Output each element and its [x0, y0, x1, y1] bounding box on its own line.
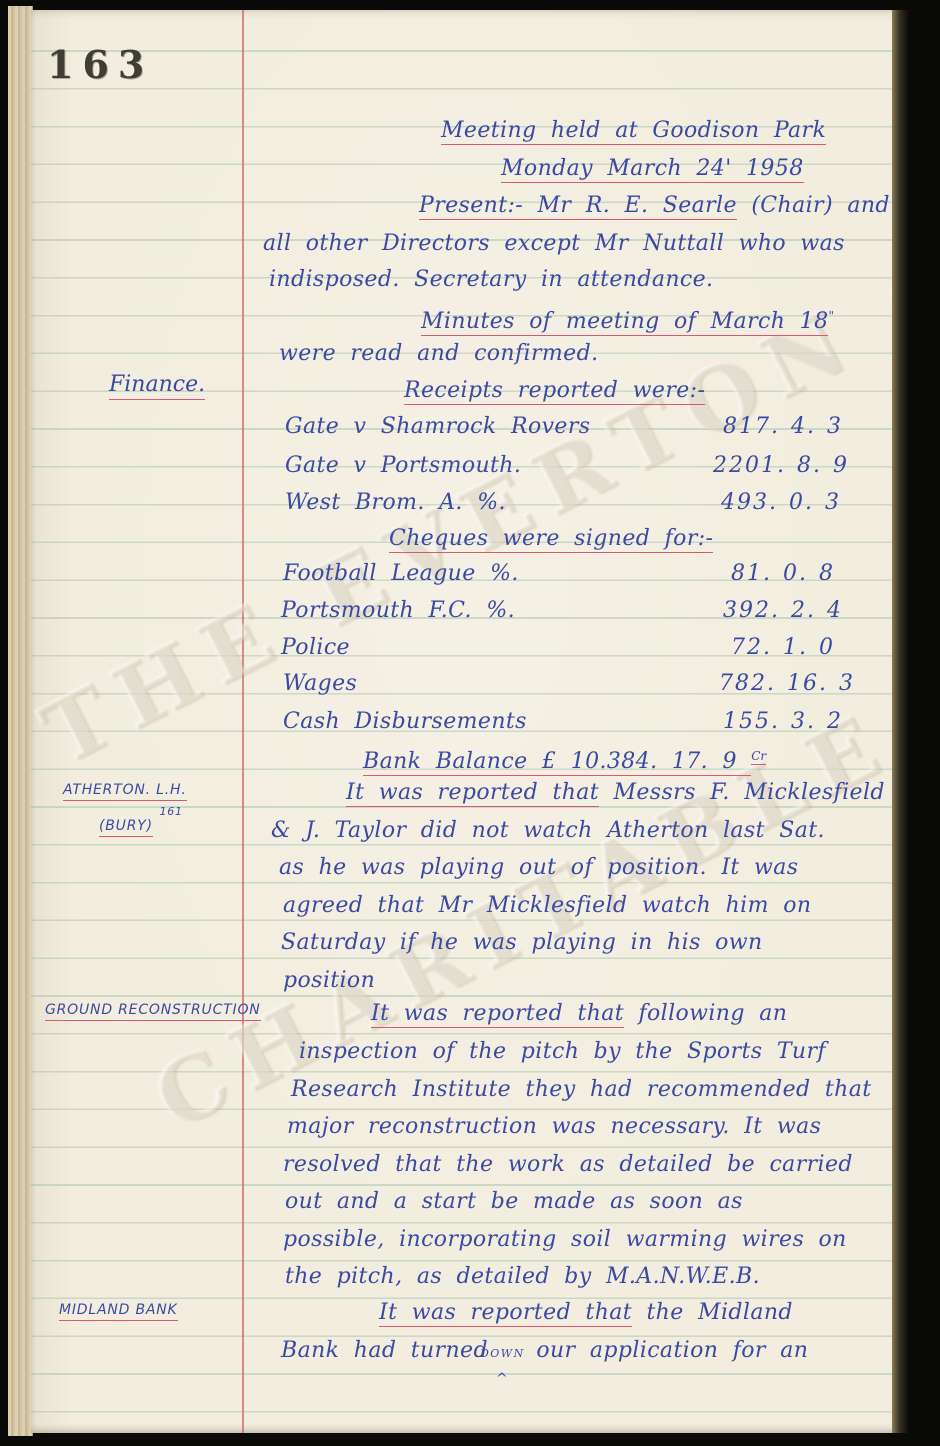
manuscript-line: Gate v Portsmouth.2201. 8. 9 [285, 451, 521, 481]
margin-note-text: GROUND RECONSTRUCTION [45, 1002, 261, 1021]
manuscript-line: Cash Disbursements155. 3. 2 [283, 707, 527, 737]
handwriting-text: Bank had turned [281, 1338, 488, 1363]
handwriting-text: Police [281, 635, 350, 660]
handwriting-text: Bank Balance £ 10.384. 17. 9 [363, 749, 751, 776]
amount-value: 155. 3. 2 [723, 707, 843, 737]
manuscript-line: Police72. 1. 0 [281, 633, 350, 663]
manuscript-line: Receipts reported were:- [404, 376, 705, 406]
margin-note-superscript: 161 [159, 805, 182, 818]
handwriting-text: the pitch, as detailed by M.A.N.W.E.B. [285, 1264, 760, 1289]
handwriting-text: Messrs F. Micklesfield [599, 780, 885, 805]
manuscript-line: It was reported that Messrs F. Micklesfi… [346, 778, 885, 808]
handwriting-text: major reconstruction was necessary. It w… [287, 1114, 821, 1139]
amount-value: 817. 4. 3 [723, 412, 843, 442]
ledger-page: THE EVERTON COLLECTION CHARITABLE TRUST … [31, 10, 908, 1433]
manuscript-line: It was reported that following an [371, 999, 787, 1029]
handwriting-text: & J. Taylor did not watch Atherton last … [271, 818, 825, 843]
handwriting-text: (Chair) and [737, 193, 890, 218]
handwriting-text: out and a start be made as soon as [285, 1189, 743, 1214]
caret-mark: ^ [496, 1364, 508, 1394]
margin-note: GROUND RECONSTRUCTION [45, 1002, 261, 1018]
inserted-word-above-caret: DOWN^ [488, 1355, 522, 1357]
manuscript-line: major reconstruction was necessary. It w… [287, 1112, 821, 1142]
manuscript-line: as he was playing out of position. It wa… [279, 853, 798, 883]
handwriting-text: position [283, 968, 375, 993]
handwriting-text: Research Institute they had recommended … [291, 1077, 871, 1102]
handwriting-text: possible, incorporating soil warming wir… [283, 1227, 847, 1252]
book-page-edges [8, 6, 33, 1436]
manuscript-line: resolved that the work as detailed be ca… [283, 1150, 853, 1180]
manuscript-line: Portsmouth F.C. %.392. 2. 4 [281, 596, 515, 626]
scan-background: { "page": { "number": "163" }, "watermar… [0, 0, 940, 1446]
handwriting-text: agreed that Mr Micklesfield watch him on [283, 893, 811, 918]
manuscript-line: Research Institute they had recommended … [291, 1075, 871, 1105]
manuscript-line: It was reported that the Midland [379, 1298, 793, 1328]
handwriting-text: Cr [751, 749, 766, 765]
margin-note: Finance. [109, 372, 205, 397]
handwriting-text: following an [624, 1001, 787, 1026]
margin-note: MIDLAND BANK [59, 1302, 178, 1318]
handwriting-text: were read and confirmed. [279, 341, 598, 366]
manuscript-line: Saturday if he was playing in his own [281, 928, 763, 958]
margin-rule-line [242, 10, 244, 1433]
handwriting-text: indisposed. Secretary in attendance. [269, 267, 713, 292]
amount-value: 392. 2. 4 [723, 596, 843, 626]
manuscript-line: Cheques were signed for:- [389, 524, 713, 554]
handwriting-text: all other Directors except Mr Nuttall wh… [263, 231, 845, 256]
manuscript-line: indisposed. Secretary in attendance. [269, 265, 713, 295]
handwriting-text: West Brom. A. %. [285, 490, 506, 515]
manuscript-line: out and a start be made as soon as [285, 1187, 743, 1217]
manuscript-line: possible, incorporating soil warming wir… [283, 1225, 847, 1255]
page-crease [892, 10, 909, 1433]
manuscript-line: agreed that Mr Micklesfield watch him on [283, 891, 811, 921]
amount-value: 782. 16. 3 [719, 669, 855, 699]
manuscript-line: Gate v Shamrock Rovers817. 4. 3 [285, 412, 590, 442]
manuscript-line: were read and confirmed. [279, 339, 598, 369]
handwriting-text: the Midland [632, 1300, 793, 1325]
margin-note-text: MIDLAND BANK [59, 1302, 178, 1321]
amount-value: 81. 0. 8 [731, 559, 835, 589]
manuscript-line: position [283, 966, 375, 996]
handwriting-text: Monday March 24' 1958 [501, 156, 804, 183]
handwriting-text: Cheques were signed for:- [389, 526, 713, 553]
handwriting-text: Gate v Portsmouth. [285, 453, 521, 478]
handwriting-text: Saturday if he was playing in his own [281, 930, 763, 955]
manuscript-line: Monday March 24' 1958 [501, 154, 804, 184]
handwriting-text: It was reported that [379, 1300, 632, 1327]
manuscript-line: Present:- Mr R. E. Searle (Chair) and [419, 191, 890, 221]
handwriting-text: as he was playing out of position. It wa… [279, 855, 798, 880]
margin-note: ATHERTON. L.H. [63, 782, 187, 798]
handwriting-text: Cash Disbursements [283, 709, 527, 734]
page-number: 163 [47, 42, 153, 87]
handwriting-text: Wages [283, 671, 357, 696]
handwriting-text: Meeting held at Goodison Park [441, 118, 826, 145]
handwriting-text: It was reported that [371, 1001, 624, 1028]
margin-note-text: (BURY) [99, 818, 153, 837]
handwriting-text: Present:- Mr R. E. Searle [419, 193, 737, 220]
handwriting-text: Football League %. [283, 561, 519, 586]
handwriting-text: our application for an [522, 1338, 808, 1363]
handwriting-text: It was reported that [346, 780, 599, 807]
manuscript-line: all other Directors except Mr Nuttall wh… [263, 229, 845, 259]
manuscript-line: Meeting held at Goodison Park [441, 116, 826, 146]
handwriting-text: Portsmouth F.C. %. [281, 598, 515, 623]
manuscript-line: Bank Balance £ 10.384. 17. 9 Cr [363, 741, 766, 777]
amount-value: 2201. 8. 9 [713, 451, 849, 481]
handwriting-text: " [828, 309, 834, 323]
manuscript-line: West Brom. A. %.493. 0. 3 [285, 488, 506, 518]
manuscript-line: & J. Taylor did not watch Atherton last … [271, 816, 825, 846]
margin-note-text: ATHERTON. L.H. [63, 782, 187, 801]
handwriting-text: inspection of the pitch by the Sports Tu… [299, 1039, 826, 1064]
amount-value: 72. 1. 0 [731, 633, 835, 663]
amount-value: 493. 0. 3 [721, 488, 841, 518]
handwriting-text: Gate v Shamrock Rovers [285, 414, 590, 439]
manuscript-line: Wages782. 16. 3 [283, 669, 357, 699]
manuscript-line: Bank had turnedDOWN^ our application for… [281, 1336, 808, 1366]
manuscript-line: Football League %.81. 0. 8 [283, 559, 519, 589]
manuscript-line: Minutes of meeting of March 18" [421, 301, 834, 337]
manuscript-line: inspection of the pitch by the Sports Tu… [299, 1037, 826, 1067]
handwriting-text: Receipts reported were:- [404, 378, 705, 405]
handwriting-text: Minutes of meeting of March 18 [421, 309, 828, 336]
handwriting-text: resolved that the work as detailed be ca… [283, 1152, 853, 1177]
margin-note-text: Finance. [109, 372, 205, 400]
margin-note: (BURY)161 [99, 818, 153, 834]
manuscript-line: the pitch, as detailed by M.A.N.W.E.B. [285, 1262, 760, 1292]
